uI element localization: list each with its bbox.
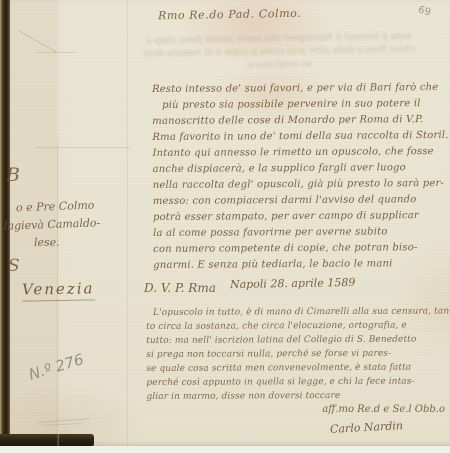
dogear-crease-2 <box>38 52 76 53</box>
postscript-line: tutto: ma nell' iscrizion latina del Col… <box>146 332 450 348</box>
signoff: aff.mo Re.d e Se.l Obb.o <box>295 404 445 415</box>
body-line: potrà esser stampato, per aver campo di … <box>153 208 449 226</box>
postscript-line: perché così appunto in quella si legge, … <box>146 374 450 390</box>
scanned-letter-page: Rmo Re.do Pad. Colmo. 69 aspa p bimund i… <box>0 0 450 453</box>
address-line: lese. <box>34 236 60 249</box>
dateline: Napoli 28. aprile 1589 <box>230 276 355 291</box>
letter-heading: Rmo Re.do Pad. Colmo. <box>158 7 302 22</box>
body-line: con numero competente di copie, che potr… <box>153 240 449 258</box>
binding-strip-bottom <box>0 434 94 446</box>
verso-bleedthrough: aspa p bimund il Monsignor che sopra par… <box>128 30 431 74</box>
address-line: o e Pre Colmo <box>16 199 95 215</box>
valediction: D. V. P. Rma <box>144 281 216 295</box>
address-initial: B <box>6 164 20 186</box>
address-flourish: S <box>8 256 20 276</box>
letter-body: Resto intesso de' suoi favori, e per via… <box>152 80 450 274</box>
postscript: L'opuscolo in tutto, è di mano di Cimare… <box>146 304 450 404</box>
body-line: gnarmi. E senza più tediarla, le bacio l… <box>153 256 449 274</box>
fold-crease-horizontal <box>34 147 130 148</box>
postscript-line: gliar in marmo, disse non doversi toccar… <box>146 388 450 404</box>
address-city: Venezia <box>22 279 95 301</box>
